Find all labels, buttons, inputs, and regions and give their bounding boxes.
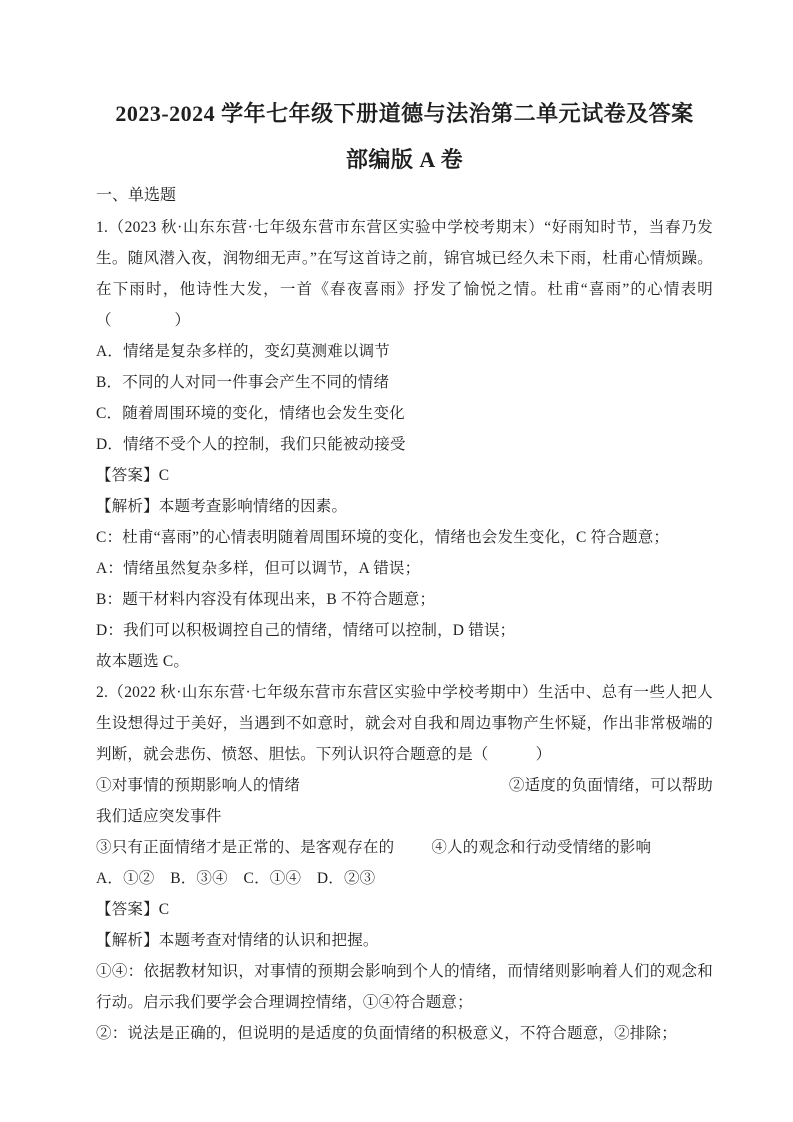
q2-answer: 【答案】C (96, 894, 713, 925)
q2-item-3: ③只有正面情绪才是正常的、是客观存在的 (96, 839, 394, 856)
q2-items-row-3: ③只有正面情绪才是正常的、是客观存在的 ④人的观念和行动受情绪的影响 (96, 832, 713, 863)
q2-item-4: ④人的观念和行动受情绪的影响 (431, 839, 651, 856)
document-page: 2023-2024 学年七年级下册道德与法治第二单元试卷及答案 部编版 A 卷 … (0, 0, 793, 1122)
q2-analysis-intro: 【解析】本题考查对情绪的认识和把握。 (96, 925, 713, 956)
q2-items-row-1: ①对事情的预期影响人的情绪 ②适度的负面情绪，可以帮助 (96, 770, 713, 801)
q2-stem: 2.（2022 秋·山东东营·七年级东营市东营区实验中学校考期中）生活中、总有一… (96, 677, 713, 770)
q2-item-2-part-1: ②适度的负面情绪，可以帮助 (509, 770, 713, 801)
q1-answer: 【答案】C (96, 460, 713, 491)
section-header-single-choice: 一、单选题 (96, 186, 713, 206)
q1-analysis-d: D：我们可以积极调控自己的情绪，情绪可以控制，D 错误； (96, 615, 713, 646)
q2-item-1: ①对事情的预期影响人的情绪 (96, 770, 300, 801)
q1-analysis-a: A：情绪虽然复杂多样，但可以调节，A 错误； (96, 553, 713, 584)
q2-analysis-2: ②：说法是正确的，但说明的是适度的负面情绪的积极意义，不符合题意，②排除； (96, 1018, 713, 1049)
q1-option-b: B．不同的人对同一件事会产生不同的情绪 (96, 367, 713, 398)
q1-analysis-c: C：杜甫“喜雨”的心情表明随着周围环境的变化，情绪也会发生变化，C 符合题意； (96, 522, 713, 553)
q2-item-2-part-2: 我们适应突发事件 (96, 801, 713, 832)
q1-option-d: D．情绪不受个人的控制，我们只能被动接受 (96, 429, 713, 460)
q1-analysis-conclusion: 故本题选 C。 (96, 646, 713, 677)
q2-choices: A．①② B．③④ C．①④ D．②③ (96, 863, 713, 894)
q1-analysis-intro: 【解析】本题考查影响情绪的因素。 (96, 491, 713, 522)
q1-option-c: C．随着周围环境的变化，情绪也会发生变化 (96, 398, 713, 429)
q1-analysis-b: B：题干材料内容没有体现出来，B 不符合题意； (96, 584, 713, 615)
document-subtitle: 部编版 A 卷 (96, 142, 713, 178)
document-title: 2023-2024 学年七年级下册道德与法治第二单元试卷及答案 (96, 96, 713, 132)
q1-stem: 1.（2023 秋·山东东营·七年级东营市东营区实验中学校考期末）“好雨知时节，… (96, 212, 713, 336)
q1-option-a: A．情绪是复杂多样的，变幻莫测难以调节 (96, 336, 713, 367)
q2-analysis-1-4: ①④：依据教材知识，对事情的预期会影响到个人的情绪，而情绪则影响着人们的观念和行… (96, 956, 713, 1018)
document-body: 1.（2023 秋·山东东营·七年级东营市东营区实验中学校考期末）“好雨知时节，… (96, 212, 713, 1049)
